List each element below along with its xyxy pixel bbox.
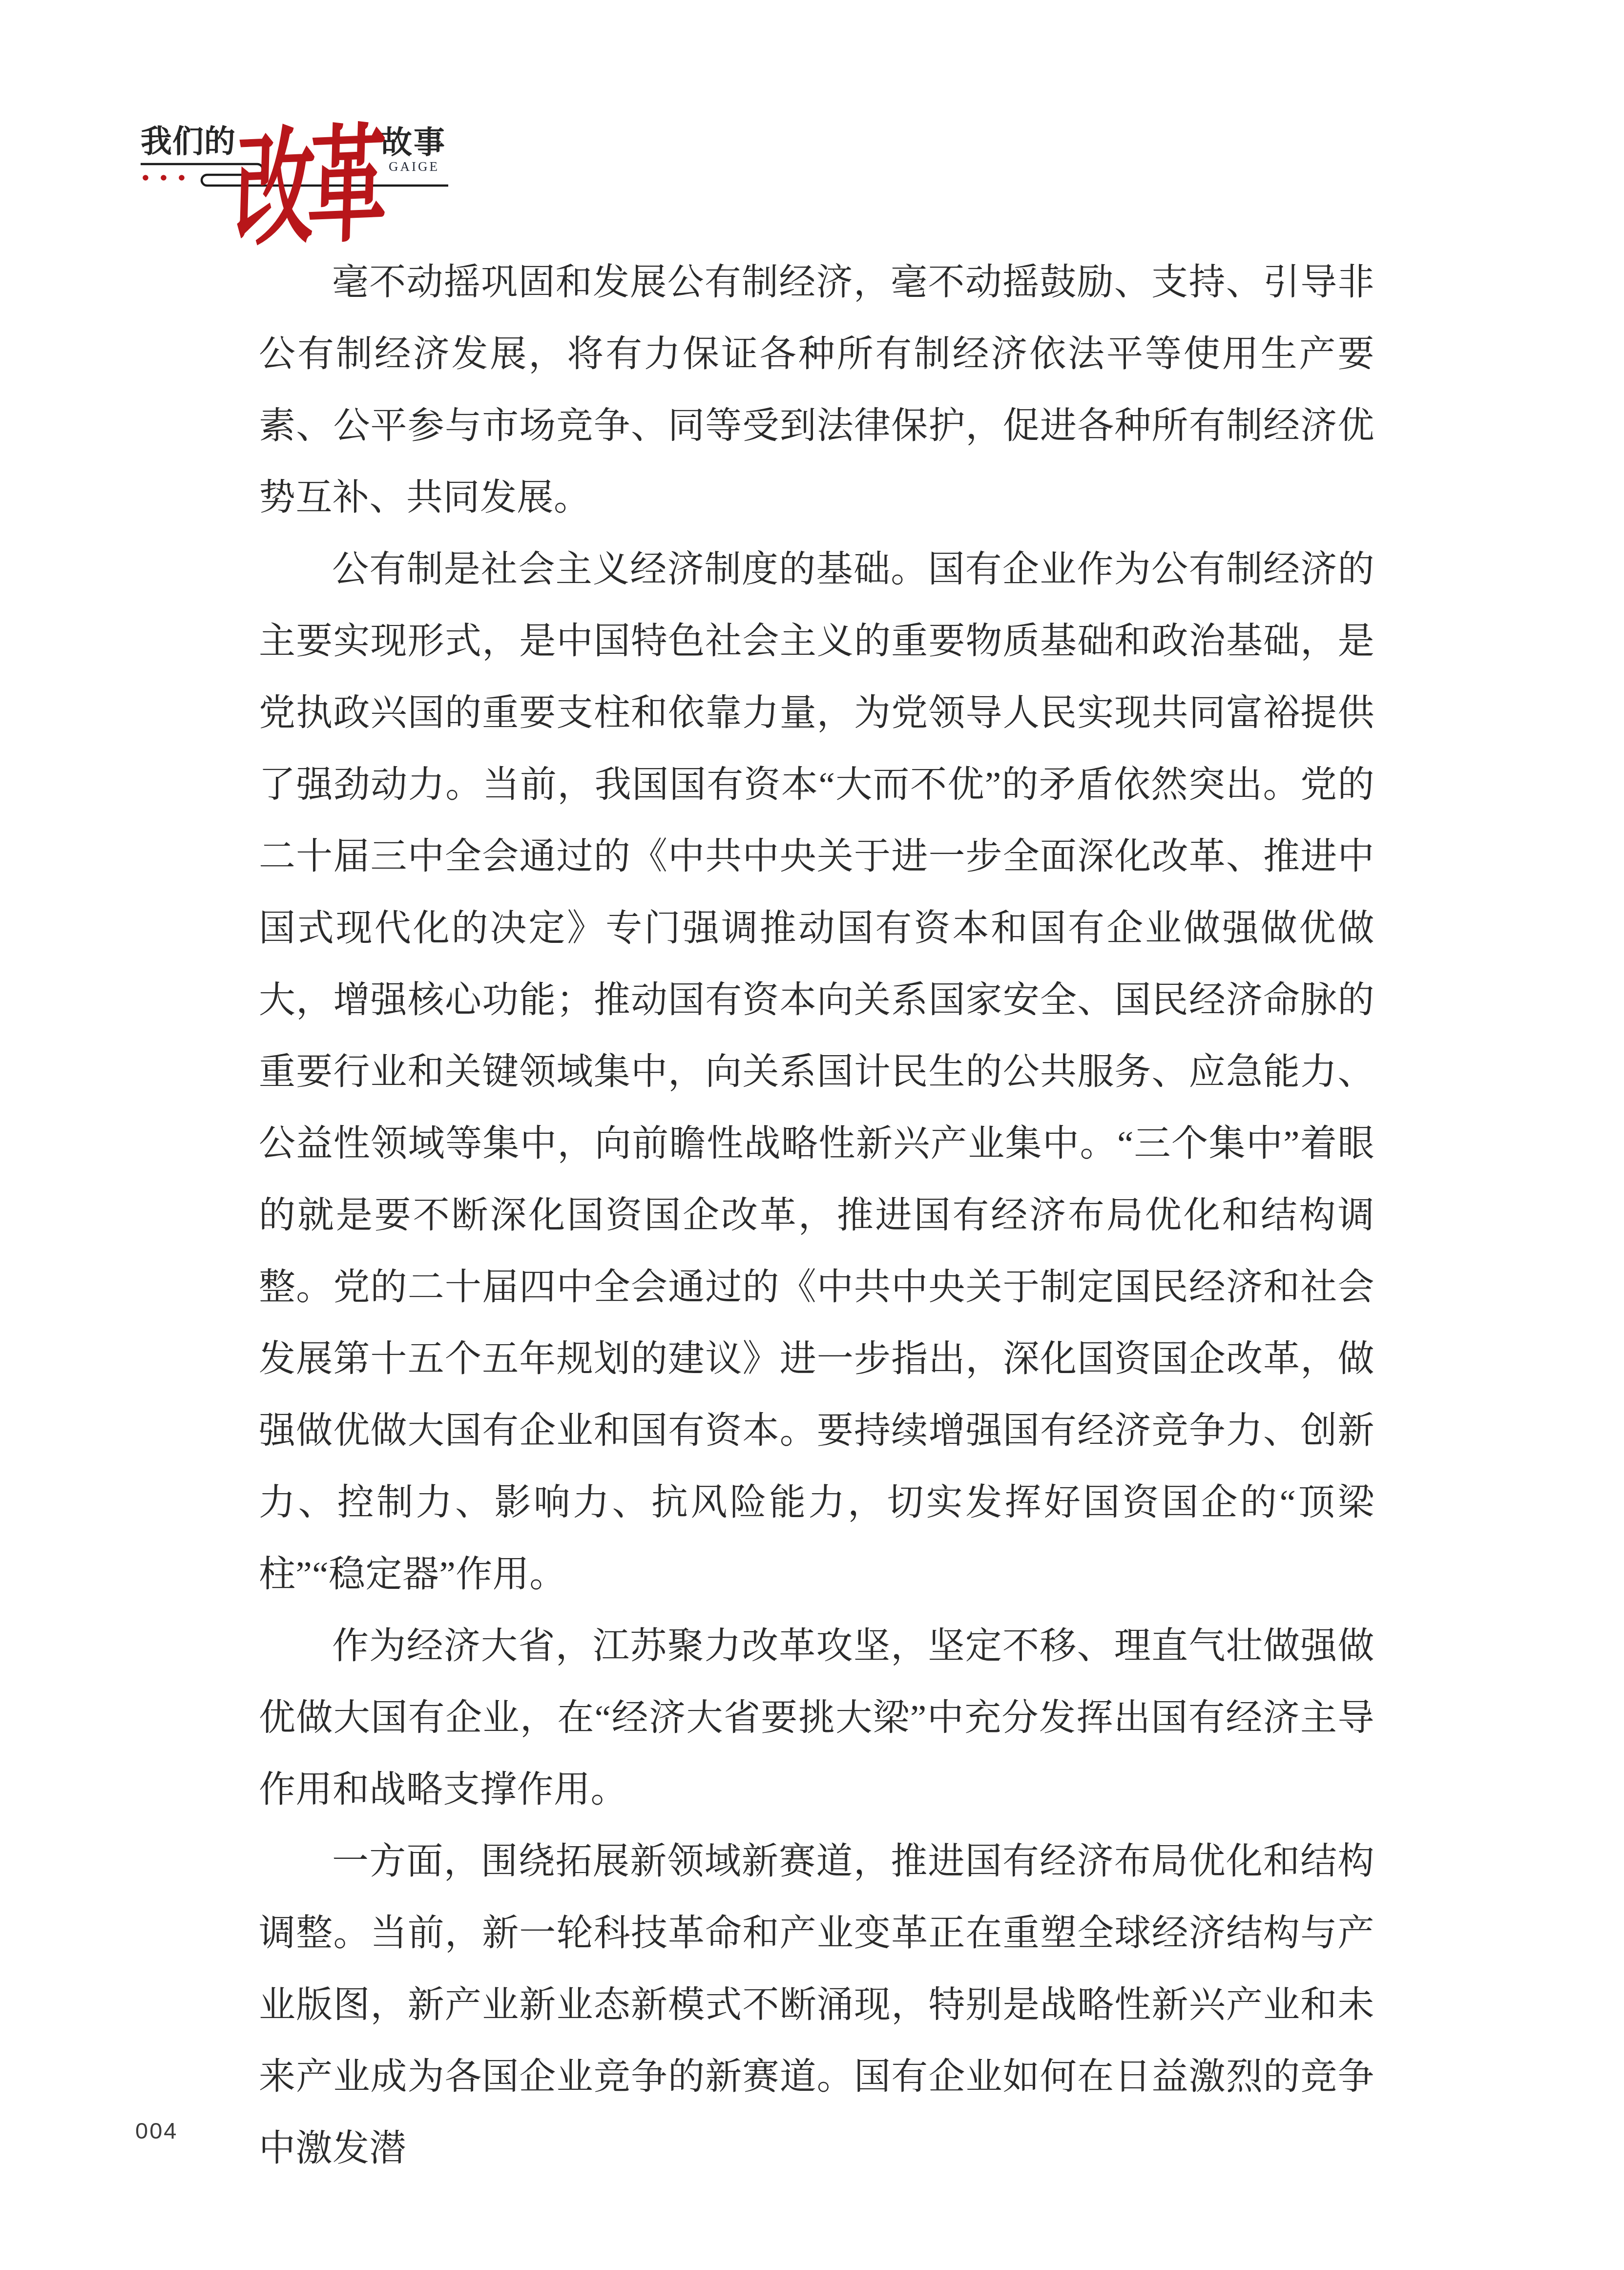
book-page: 我们的 改革 故事 GAIGE 毫不动摇巩固和发展公有制经济，毫不动摇鼓励、支持… <box>0 0 1624 2270</box>
red-dot-icon <box>179 175 185 181</box>
red-dot-icon <box>143 175 148 181</box>
body-paragraph: 作为经济大省，江苏聚力改革攻坚，坚定不移、理直气壮做强做优做大国有企业，在“经济… <box>259 1610 1374 1826</box>
article-body: 毫不动摇巩固和发展公有制经济，毫不动摇鼓励、支持、引导非公有制经济发展，将有力保… <box>259 247 1374 2185</box>
body-paragraph: 一方面，围绕拓展新领域新赛道，推进国有经济布局优化和结构调整。当前，新一轮科技革… <box>259 1826 1374 2185</box>
logo-highlight-text: 改革 <box>233 84 383 271</box>
page-number: 004 <box>135 2117 178 2144</box>
logo-suffix-text: 故事 <box>381 117 446 162</box>
body-paragraph: 毫不动摇巩固和发展公有制经济，毫不动摇鼓励、支持、引导非公有制经济发展，将有力保… <box>259 247 1374 534</box>
header-logo: 我们的 改革 故事 GAIGE <box>141 88 604 254</box>
body-paragraph: 公有制是社会主义经济制度的基础。国有企业作为公有制经济的主要实现形式，是中国特色… <box>259 534 1374 1610</box>
logo-prefix-text: 我们的 <box>141 116 236 161</box>
red-dot-icon <box>161 175 167 181</box>
